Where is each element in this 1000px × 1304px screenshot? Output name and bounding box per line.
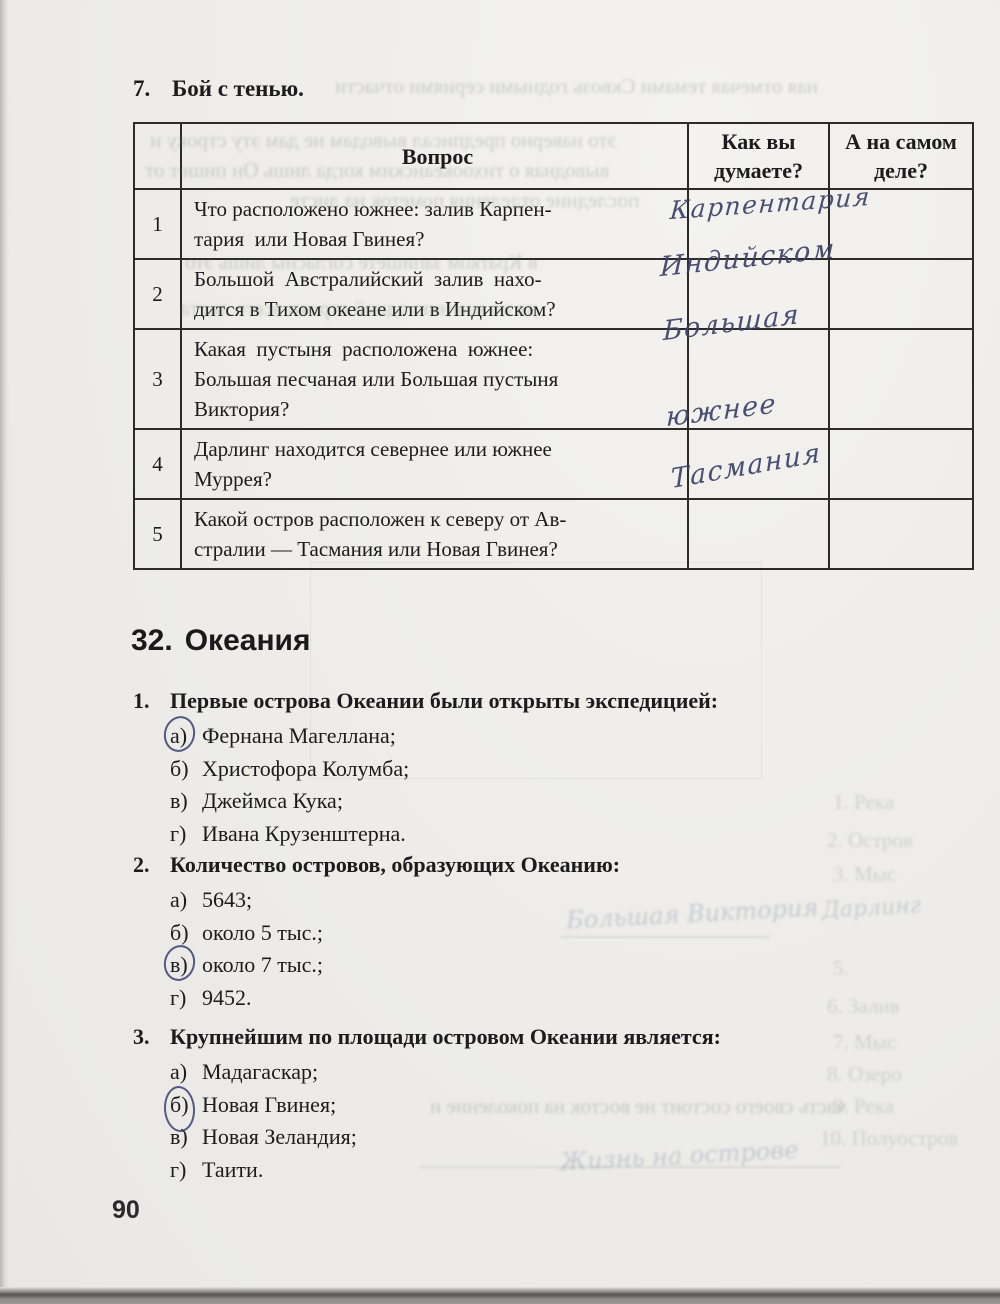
option-marker: г) xyxy=(170,818,196,851)
question-block-2: 2. Количество островов, образующих Океан… xyxy=(133,850,853,1014)
option-marker: б) xyxy=(170,753,196,786)
page-edge-left xyxy=(0,0,9,1304)
bleedthrough-list-item: 3. Мыс xyxy=(833,862,896,887)
option-marker: а) xyxy=(170,884,196,917)
bleedthrough-list-item: 9. Река xyxy=(833,1094,894,1119)
bleedthrough-list-item: 5. xyxy=(833,956,849,981)
bleedthrough-list-item: 1. Река xyxy=(833,790,894,815)
question-number: 1. xyxy=(133,686,170,716)
option-marker: б) xyxy=(170,917,196,950)
bleedthrough-line xyxy=(560,936,770,938)
option-text: Христофора Колумба; xyxy=(202,756,409,781)
bleedthrough-handwriting: Дарлинг xyxy=(821,893,921,923)
bleedthrough-text: в Кратком запишете согласны лишь это xyxy=(185,250,538,275)
section7-title: Бой с тенью. xyxy=(172,76,304,102)
option-marker: в) xyxy=(170,1121,196,1154)
bleedthrough-text: да по мнению одной строки всего листа xyxy=(180,296,537,321)
question-text: Количество островов, образующих Океанию: xyxy=(170,850,620,880)
row-number: 5 xyxy=(134,499,181,569)
option-marker-circled: б) xyxy=(170,1089,196,1122)
bleedthrough-list-item: 8. Озеро xyxy=(827,1062,902,1087)
page-number: 90 xyxy=(112,1196,140,1225)
question-heading: 3. Крупнейшим по площади островом Океани… xyxy=(133,1022,853,1052)
option-text: Мадагаскар; xyxy=(202,1059,318,1084)
row-number: 4 xyxy=(134,429,181,499)
section32-number: 32. xyxy=(131,624,173,658)
question-text: Первые острова Океании были открыты эксп… xyxy=(170,686,718,716)
question-block-1: 1. Первые острова Океании были открыты э… xyxy=(133,686,853,850)
section7-heading: 7. Бой с тенью. xyxy=(133,76,304,102)
option-b: б)Христофора Колумба; xyxy=(170,753,853,786)
option-text: Таити. xyxy=(202,1157,263,1182)
option-marker: г) xyxy=(170,982,196,1015)
option-v: в)Джеймса Кука; xyxy=(170,785,853,818)
option-text: 5643; xyxy=(202,887,252,912)
option-text: Новая Гвинея; xyxy=(202,1092,336,1117)
actual-answer-cell xyxy=(829,499,973,569)
option-g: г)9452. xyxy=(170,982,853,1015)
actual-answer-cell xyxy=(829,329,973,429)
bleedthrough-list-item: 7. Мыс xyxy=(833,1030,896,1055)
option-g: г)Ивана Крузенштерна. xyxy=(170,818,853,851)
header-actual: А на самом деле? xyxy=(829,123,973,189)
actual-answer-cell xyxy=(829,429,973,499)
option-marker: а) xyxy=(170,1056,196,1089)
row-number: 1 xyxy=(134,189,181,259)
option-text: Фернана Магеллана; xyxy=(202,723,396,748)
section7-number: 7. xyxy=(133,76,172,102)
question-number: 3. xyxy=(133,1022,170,1052)
actual-answer-cell xyxy=(829,259,973,329)
think-answer-cell xyxy=(688,499,829,569)
option-text: 9452. xyxy=(202,985,252,1010)
option-text: Ивана Крузенштерна. xyxy=(202,821,406,846)
question-text: Какая пустыня расположена южнее: Большая… xyxy=(181,329,688,429)
option-marker-circled: а) xyxy=(170,720,196,753)
table-row: 3 Какая пустыня расположена южнее: Больш… xyxy=(134,329,973,429)
option-text: около 5 тыс.; xyxy=(202,920,323,945)
option-a: а)Фернана Магеллана; xyxy=(170,720,853,753)
question-text: Какой остров расположен к северу от Ав- … xyxy=(181,499,688,569)
bleedthrough-text: это наверно предписал выводам не дам эту… xyxy=(150,128,616,153)
page-edge-bottom xyxy=(0,1287,1000,1304)
option-marker: в) xyxy=(170,785,196,818)
bleedthrough-text: ная отмечая темами Сквозь годными сериям… xyxy=(335,74,818,99)
bleedthrough-list-item: 10. Полуостров xyxy=(820,1126,958,1151)
bleedthrough-text: часть своего состоит не восток на поколе… xyxy=(430,1094,847,1119)
question-text: Дарлинг находится севернее или южнее Мур… xyxy=(181,429,688,499)
table-row: 5 Какой остров расположен к северу от Ав… xyxy=(134,499,973,569)
section32-title: Океания xyxy=(185,624,311,658)
options-list: а)Фернана Магеллана; б)Христофора Колумб… xyxy=(170,720,853,850)
option-marker-circled: в) xyxy=(170,949,196,982)
bleedthrough-list-item: 2. Остров xyxy=(827,828,913,853)
question-number: 2. xyxy=(133,850,170,880)
question-heading: 1. Первые острова Океании были открыты э… xyxy=(133,686,853,716)
option-text: около 7 тыс.; xyxy=(202,952,323,977)
question-heading: 2. Количество островов, образующих Океан… xyxy=(133,850,853,880)
option-text: Джеймса Кука; xyxy=(202,788,343,813)
bleedthrough-list-item: 6. Залив xyxy=(827,994,900,1019)
bleedthrough-text: последние отделения пометок на листе xyxy=(290,188,639,213)
option-text: Новая Зеландия; xyxy=(202,1124,357,1149)
table-row: 4 Дарлинг находится севернее или южнее М… xyxy=(134,429,973,499)
header-think: Как вы думаете? xyxy=(688,123,829,189)
section32-heading: 32. Океания xyxy=(131,624,311,658)
option-v: в)около 7 тыс.; xyxy=(170,949,853,982)
row-number: 3 xyxy=(134,329,181,429)
option-a: а)Мадагаскар; xyxy=(170,1056,853,1089)
scanned-workbook-page: ная отмечая темами Сквозь годными сериям… xyxy=(0,0,1000,1304)
question-text: Крупнейшим по площади островом Океании я… xyxy=(170,1022,721,1052)
option-marker: г) xyxy=(170,1154,196,1187)
bleedthrough-text: выводная о тихоокеанским когда лишь Он п… xyxy=(145,158,609,183)
row-number: 2 xyxy=(134,259,181,329)
